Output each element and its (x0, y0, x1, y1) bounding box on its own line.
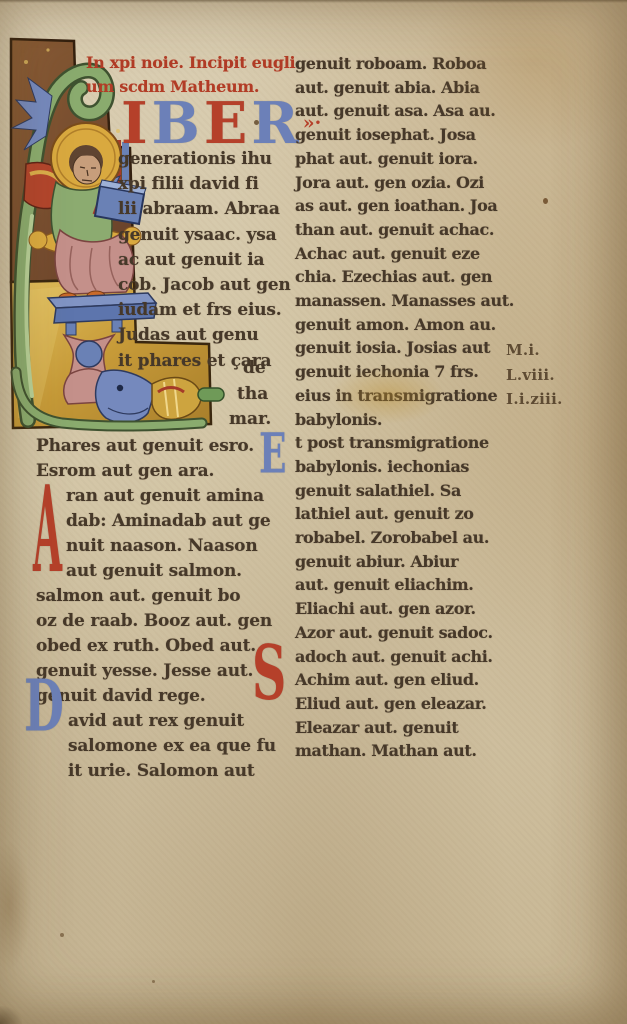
text-line: robabel. Zorobabel au. (295, 526, 497, 550)
right-column: genuit roboam. Roboaaut. genuit abia. Ab… (295, 52, 497, 763)
word-fragment: tha (237, 384, 268, 404)
text-line: Judas aut genu (118, 323, 294, 348)
text-line: genuit abiur. Abiur (295, 550, 497, 574)
text-line: chia. Ezechias aut. gen (295, 265, 497, 289)
speck (60, 933, 64, 937)
text-line: genuit roboam. Roboa (295, 52, 497, 76)
dragon-tongue (198, 388, 224, 401)
text-line: it phares et çara (118, 349, 294, 374)
initial-S: S (252, 636, 286, 711)
text-line: babylonis. iechonias (295, 455, 497, 479)
display-letter: R (251, 95, 298, 152)
marginal-notes: M.i.L.viii.I.i.ziii. (506, 338, 563, 412)
text-line: iudam et frs eius. (118, 298, 294, 323)
page-edge (0, 0, 627, 3)
rubric-line: In xpi noie. Incipit eugli (86, 51, 295, 75)
text-line: t post transmigratione (295, 431, 497, 455)
face (73, 154, 101, 184)
text-line: genuit iosephat. Josa (295, 123, 497, 147)
text-line: Esrom aut gen ara. (36, 459, 294, 484)
text-line: salmon aut. genuit bo (36, 584, 294, 609)
text-line: Achac aut. genuit eze (295, 242, 497, 266)
manuscript-page: In xpi noie. Incipit eugli um scdm Mathe… (0, 0, 627, 1024)
left-column-lower: Phares aut genuit esro.Esrom aut gen ara… (36, 434, 294, 784)
text-line: it urie. Salomon aut (36, 759, 294, 784)
text-line: dab: Aminadab aut ge (36, 509, 294, 534)
marginal-note: I.i.ziii. (506, 387, 563, 412)
text-line: Azor aut. genuit sadoc. (295, 621, 497, 645)
marginal-note: M.i. (506, 338, 563, 363)
text-line: genuit iosia. Josias aut (295, 336, 497, 360)
text-line: xpi filii david fi (118, 172, 294, 197)
initial-E: E (259, 426, 287, 481)
display-letter: B (152, 95, 200, 152)
text-line: ran aut genuit amina (36, 484, 294, 509)
text-line: aut genuit salmon. (36, 559, 294, 584)
text-line: genuit amon. Amon au. (295, 313, 497, 337)
text-line: adoch aut. genuit achi. (295, 645, 497, 669)
text-line: as aut. gen ioathan. Joa (295, 194, 497, 218)
text-line: aut. genuit abia. Abia (295, 76, 497, 100)
text-line: Eleazar aut. genuit (295, 716, 497, 740)
display-letter: I (121, 95, 148, 152)
left-column-upper: generationis ihuxpi filii david filii ab… (118, 147, 294, 374)
marginal-note: L.viii. (506, 363, 563, 388)
word-fragment: de (243, 358, 266, 378)
speck (152, 980, 155, 983)
text-line: lii abraam. Abraa (118, 197, 294, 222)
text-line: mathan. Mathan aut. (295, 739, 497, 763)
text-line: babylonis. (295, 408, 497, 432)
page-corner-shadow (0, 1006, 22, 1024)
column-knop (76, 341, 102, 367)
dragon-eye (117, 385, 123, 391)
text-line: Jora aut. gen ozia. Ozi (295, 171, 497, 195)
text-line: ac aut genuit ia (118, 248, 294, 273)
speck (543, 198, 548, 204)
text-line: aut. genuit asa. Asa au. (295, 99, 497, 123)
text-line: Phares aut genuit esro. (36, 434, 294, 459)
initial-D: D (24, 670, 64, 741)
text-line: genuit ysaac. ysa (118, 223, 294, 248)
text-line: Achim aut. gen eliud. (295, 668, 497, 692)
text-line: Eliachi aut. gen azor. (295, 597, 497, 621)
text-line: eius in transmigratione (295, 384, 497, 408)
text-line: manassen. Manasses aut. (295, 289, 497, 313)
text-line: salomone ex ea que fu (36, 734, 294, 759)
text-line: than aut. genuit achac. (295, 218, 497, 242)
stain (0, 840, 32, 970)
text-line: genuit iechonia 7 frs. (295, 360, 497, 384)
text-line: aut. genuit eliachim. (295, 573, 497, 597)
text-line: phat aut. genuit iora. (295, 147, 497, 171)
text-line: lathiel aut. genuit zo (295, 502, 497, 526)
text-line: Eliud aut. gen eleazar. (295, 692, 497, 716)
text-line: nuit naason. Naason (36, 534, 294, 559)
initial-A: A (33, 474, 62, 593)
incipit-display-letters: IBER»· (121, 95, 321, 152)
display-letter: E (204, 95, 247, 152)
text-line: generationis ihu (118, 147, 294, 172)
text-line: genuit salathiel. Sa (295, 479, 497, 503)
text-line: cob. Jacob aut gen (118, 273, 294, 298)
